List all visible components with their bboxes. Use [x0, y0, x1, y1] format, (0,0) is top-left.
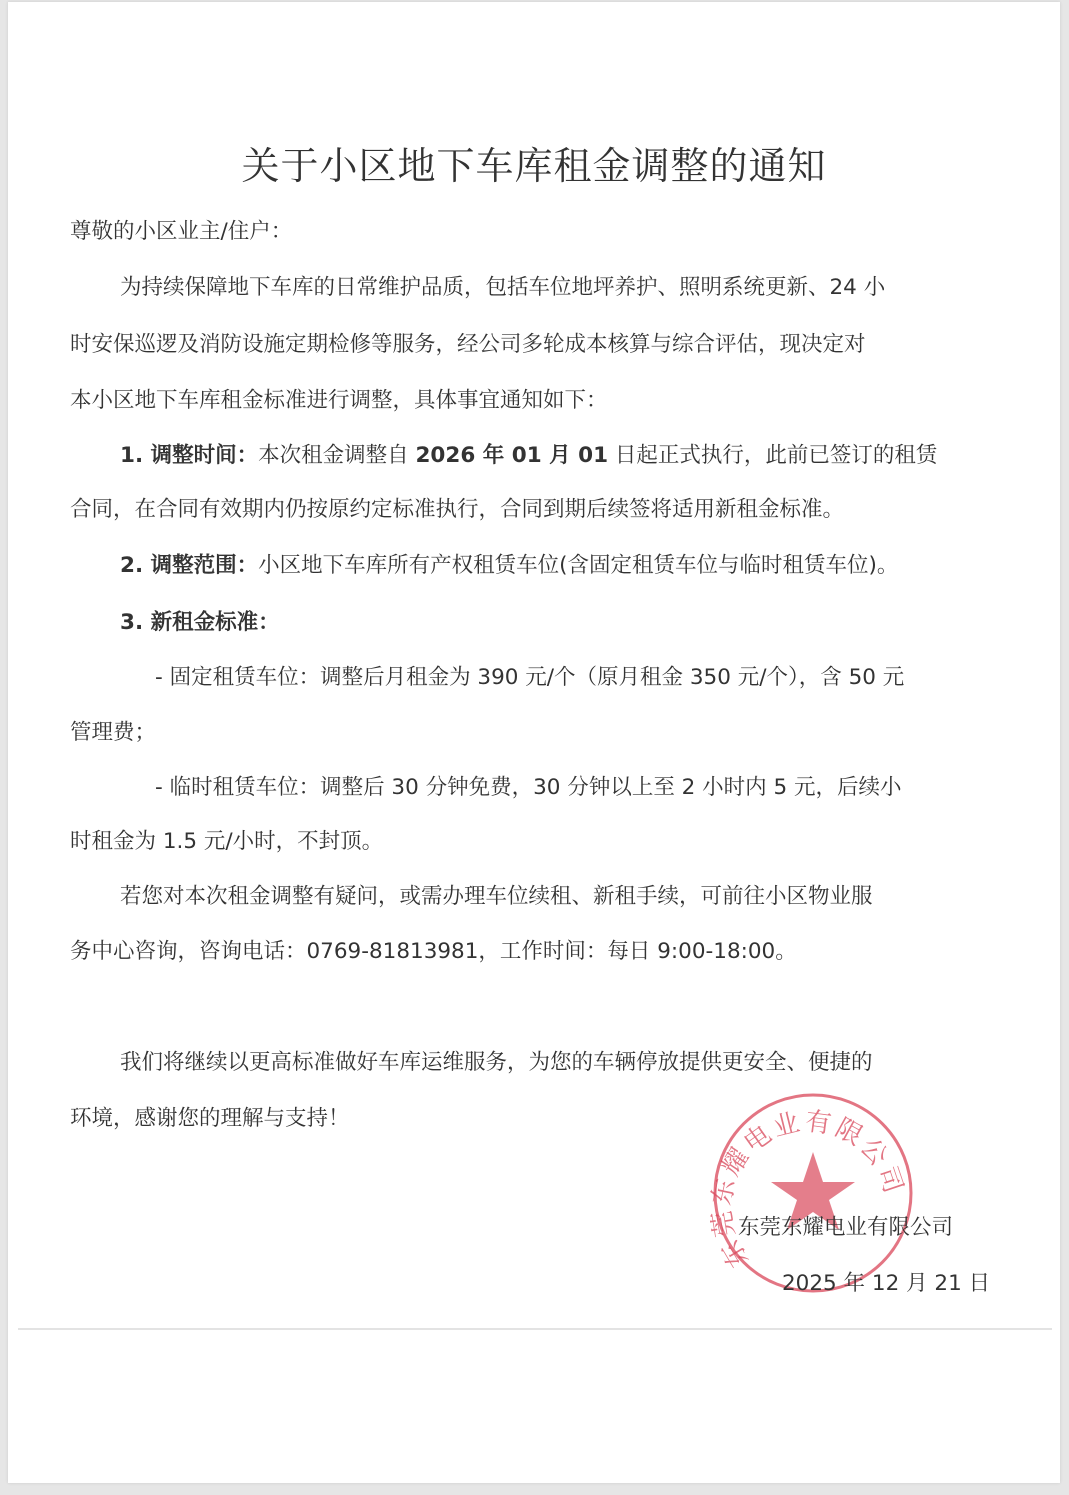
rate-fixed-line-1: - 固定租赁车位：调整后月租金为 390 元/个（原月租金 350 元/个），含… [155, 660, 904, 691]
item-label: 2. 调整范围： [120, 553, 258, 578]
rate-temporary-line-1: - 临时租赁车位：调整后 30 分钟免费，30 分钟以上至 2 小时内 5 元，… [155, 770, 902, 801]
closing-line-2: 环境，感谢您的理解与支持！ [70, 1101, 350, 1132]
rate-fixed-line-2: 管理费； [70, 715, 156, 746]
item-adjust-time-continuation: 合同，在合同有效期内仍按原约定标准执行，合同到期后续签将适用新租金标准。 [70, 492, 844, 523]
contact-line-1: 若您对本次租金调整有疑问，或需办理车位续租、新租手续，可前往小区物业服 [120, 879, 873, 910]
signature-date: 2025 年 12 月 21 日 [782, 1266, 990, 1297]
item-label: 1. 调整时间： [120, 443, 258, 468]
document-page: 关于小区地下车库租金调整的通知 尊敬的小区业主/住户： 为持续保障地下车库的日常… [8, 2, 1060, 1483]
salutation: 尊敬的小区业主/住户： [70, 214, 292, 245]
intro-line-2: 时安保巡逻及消防设施定期检修等服务，经公司多轮成本核算与综合评估，现决定对 [70, 327, 866, 358]
signature-company: 东莞东耀电业有限公司 [738, 1210, 953, 1241]
effective-date: 2026 年 01 月 01 [415, 443, 608, 468]
intro-line-3: 本小区地下车库租金标准进行调整，具体事宜通知如下： [70, 383, 608, 414]
item-new-rates-heading: 3. 新租金标准： [120, 605, 280, 636]
contact-line-2: 务中心咨询，咨询电话：0769-81813981，工作时间：每日 9:00-18… [70, 934, 797, 965]
closing-line-1: 我们将继续以更高标准做好车库运维服务，为您的车辆停放提供更安全、便捷的 [120, 1045, 873, 1076]
intro-line-1: 为持续保障地下车库的日常维护品质，包括车位地坪养护、照明系统更新、24 小 [120, 270, 885, 301]
page-divider [18, 1328, 1052, 1330]
document-title: 关于小区地下车库租金调整的通知 [8, 135, 1060, 190]
item-adjust-scope: 2. 调整范围：小区地下车库所有产权租赁车位(含固定租赁车位与临时租赁车位)。 [120, 548, 898, 579]
item-adjust-time: 1. 调整时间：本次租金调整自 2026 年 01 月 01 日起正式执行，此前… [120, 438, 937, 469]
rate-temporary-line-2: 时租金为 1.5 元/小时，不封顶。 [70, 824, 383, 855]
